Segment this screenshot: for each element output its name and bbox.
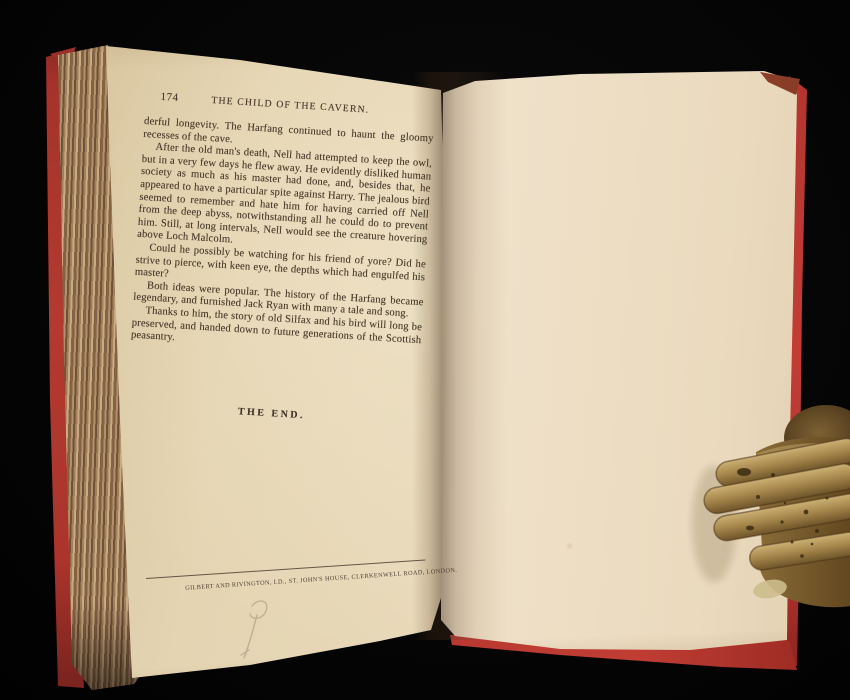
brass-hand-icon [686,402,850,614]
printed-page-text: 174 THE CHILD OF THE CAVERN. derful long… [126,90,435,428]
book-photograph: 174 THE CHILD OF THE CAVERN. derful long… [0,0,850,700]
paragraph: After the old man's death, Nell had atte… [137,141,433,259]
pencil-mark-icon [222,592,278,668]
